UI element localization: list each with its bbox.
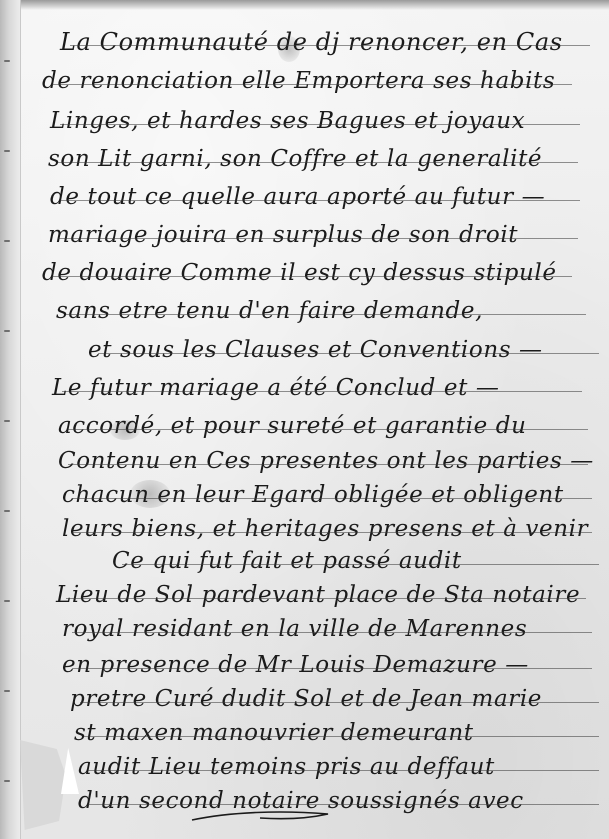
ruling-line	[72, 498, 592, 499]
manuscript-line: et sous les Clauses et Conventions —	[0, 337, 609, 370]
manuscript-line: de renonciation elle Emportera ses habit…	[0, 68, 609, 101]
manuscript-line-text: pretre Curé dudit Sol et de Jean marie	[70, 686, 542, 712]
manuscript-line: en presence de Mr Louis Demazure —	[0, 652, 609, 685]
manuscript-line: Linges, et hardes ses Bagues et joyaux	[0, 108, 609, 141]
ruling-line	[98, 353, 599, 354]
ruling-line	[72, 668, 592, 669]
manuscript-line: La Communauté de dj renoncer, en Cas	[0, 28, 609, 62]
manuscript-line: sans etre tenu d'en faire demande,	[0, 298, 609, 331]
manuscript-line: mariage jouira en surplus de son droit	[0, 222, 609, 255]
manuscript-line: de douaire Comme il est cy dessus stipul…	[0, 260, 609, 293]
ruling-line	[72, 632, 592, 633]
manuscript-line-text: chacun en leur Egard obligée et obligent	[62, 482, 564, 508]
manuscript-line: son Lit garni, son Coffre et la generali…	[0, 146, 609, 179]
manuscript-line: Ce qui fut fait et passé audit	[0, 548, 609, 581]
manuscript-line: de tout ce quelle aura aporté au futur —	[0, 184, 609, 217]
manuscript-line: pretre Curé dudit Sol et de Jean marie	[0, 686, 609, 719]
ruling-line	[68, 429, 588, 430]
ruling-line	[66, 314, 586, 315]
manuscript-line-text: mariage jouira en surplus de son droit	[48, 222, 518, 248]
manuscript-line-text: et sous les Clauses et Conventions —	[88, 337, 543, 363]
closing-flourish-icon	[190, 808, 330, 822]
manuscript-line-text: La Communauté de dj renoncer, en Cas	[60, 28, 563, 56]
ruling-line	[72, 532, 592, 533]
manuscript-line-text: en presence de Mr Louis Demazure —	[62, 652, 529, 678]
manuscript-line: royal residant en la ville de Marennes	[0, 616, 609, 649]
manuscript-line-text: Linges, et hardes ses Bagues et joyaux	[50, 108, 525, 134]
ruling-line	[60, 200, 580, 201]
manuscript-line-text: accordé, et pour sureté et garantie du	[58, 413, 527, 439]
manuscript-line-text: Contenu en Ces presentes ont les parties…	[58, 448, 594, 474]
manuscript-line: chacun en leur Egard obligée et obligent	[0, 482, 609, 515]
ruling-line	[88, 804, 599, 805]
ruling-line	[52, 84, 572, 85]
manuscript-line-text: st maxen manouvrier demeurant	[74, 720, 474, 746]
ruling-line	[62, 391, 582, 392]
manuscript-line-text: son Lit garni, son Coffre et la generali…	[48, 146, 542, 172]
manuscript-line: Lieu de Sol pardevant place de Sta notai…	[0, 582, 609, 615]
manuscript-line: st maxen manouvrier demeurant	[0, 720, 609, 753]
manuscript-line-text: de renonciation elle Emportera ses habit…	[42, 68, 555, 94]
ruling-line	[66, 598, 586, 599]
ruling-line	[58, 162, 578, 163]
manuscript-line-text: leurs biens, et heritages presens et à v…	[62, 516, 588, 542]
manuscript-line: leurs biens, et heritages presens et à v…	[0, 516, 609, 549]
manuscript-line: accordé, et pour sureté et garantie du	[0, 413, 609, 446]
ruling-line	[84, 736, 599, 737]
manuscript-line-text: Ce qui fut fait et passé audit	[112, 548, 462, 574]
manuscript-line-text: audit Lieu temoins pris au deffaut	[78, 754, 495, 780]
ruling-line	[70, 45, 590, 46]
manuscript-line-text: de douaire Comme il est cy dessus stipul…	[42, 260, 557, 286]
ruling-line	[88, 770, 599, 771]
ruling-line	[52, 276, 572, 277]
manuscript-line: Contenu en Ces presentes ont les parties…	[0, 448, 609, 481]
ruling-line	[80, 702, 599, 703]
manuscript-page: La Communauté de dj renoncer, en Casde r…	[0, 0, 609, 839]
ruling-line	[122, 564, 599, 565]
manuscript-text: La Communauté de dj renoncer, en Casde r…	[0, 0, 609, 839]
ruling-line	[58, 238, 578, 239]
manuscript-line-text: Le futur mariage a été Conclud et —	[52, 375, 499, 401]
manuscript-line-text: de tout ce quelle aura aporté au futur —	[50, 184, 545, 210]
manuscript-line-text: Lieu de Sol pardevant place de Sta notai…	[56, 582, 580, 608]
manuscript-line: audit Lieu temoins pris au deffaut	[0, 754, 609, 787]
ruling-line	[60, 124, 580, 125]
manuscript-line-text: royal residant en la ville de Marennes	[62, 616, 527, 642]
manuscript-line-text: sans etre tenu d'en faire demande,	[56, 298, 483, 324]
ruling-line	[68, 464, 588, 465]
manuscript-line: Le futur mariage a été Conclud et —	[0, 375, 609, 408]
